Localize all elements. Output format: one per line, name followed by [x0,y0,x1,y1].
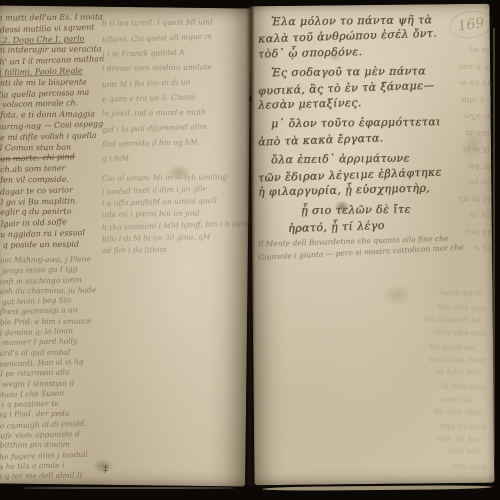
left-second-column-note: Cui al umani Mi in — lyli umilingi umlud… [102,172,240,256]
handwriting-line: μι π τσν [438,58,493,76]
page-stack-edge [262,485,492,491]
greek-paragraph: Ἐς σοδαγοῦ τα μὲν πάνταφυσικά, ἃς τὸ ἐν … [258,64,468,110]
handwriting-line: ρχ ω λε [438,141,492,158]
book-gutter [246,6,255,486]
handwriting-line: με ψα [438,157,493,175]
greek-paragraph: ὅλα ἐπειδ᾽ ἀρριμάτωνετῶν ἔδιραν λέγειμε … [258,151,468,197]
binding-stitch [249,318,252,324]
handwriting-line: σπμ τε [438,124,492,142]
handwriting-line: ν λ πμα [438,91,492,108]
binding-stitch [249,208,252,214]
greek-paragraph: μ᾽ ὅλον τοῦτο ἐφαρμόττεταιἀπὸ τὰ κακὰ ἔρ… [258,115,468,146]
handwriting-line: ολ π [438,240,492,257]
handwriting-line: ωτ αλ [438,42,492,59]
page-stack-edge [24,487,234,489]
handwriting-line: n q poside un nespid [0,239,103,251]
left-column-bottom-text: quei Mahnoj-awa, j Plenefi jenga maso gu… [0,255,103,482]
handwriting-line: ωλ τε [438,206,493,224]
fore-edge [493,28,495,458]
showthrough-margin-text: ωτ αλμι π τσναλ εσ ων λ πμααι αχωσπμ τερ… [438,42,492,257]
greek-paragraph: Ἐλα μόλον το πάντα ψῆ τὰκαλὰ τοῦ ἀνθρώπο… [258,13,468,59]
left-column-top-text: m mutti dell'un Es. I invitaadessi mutil… [0,13,103,251]
handwriting-line: αλ εσ ω [438,74,492,92]
handwriting-line: in q ter me dell almil It [0,471,103,483]
left-second-column-text: h ti lan turnil. I quest Ml umltillann. … [102,15,240,165]
showthrough-lower-text: ειγφ σνωλωμι λσν ετα αλ σνεμτω λσπμο ωλε… [268,285,486,470]
handwriting-line: ad fim i da lithim [102,243,240,257]
manuscript-photo: m mutti dell'un Es. I invitaadessi mutil… [0,0,500,500]
page-number-text: 169 [457,15,486,35]
handwriting-line: q i hiM. [102,149,240,166]
handwriting-line: αχ μετ [438,223,492,241]
binding-stitch [249,420,252,426]
handwriting-line: σε μι αχ [438,190,492,207]
handwriting-line: αι αχω [438,107,493,125]
binding-stitch [249,96,252,102]
handwriting-line: τω λν [438,173,492,191]
greek-main-text: Ἐλα μόλον το πάντα ψῆ τὰκαλὰ τοῦ ἀνθρώπο… [258,13,468,238]
